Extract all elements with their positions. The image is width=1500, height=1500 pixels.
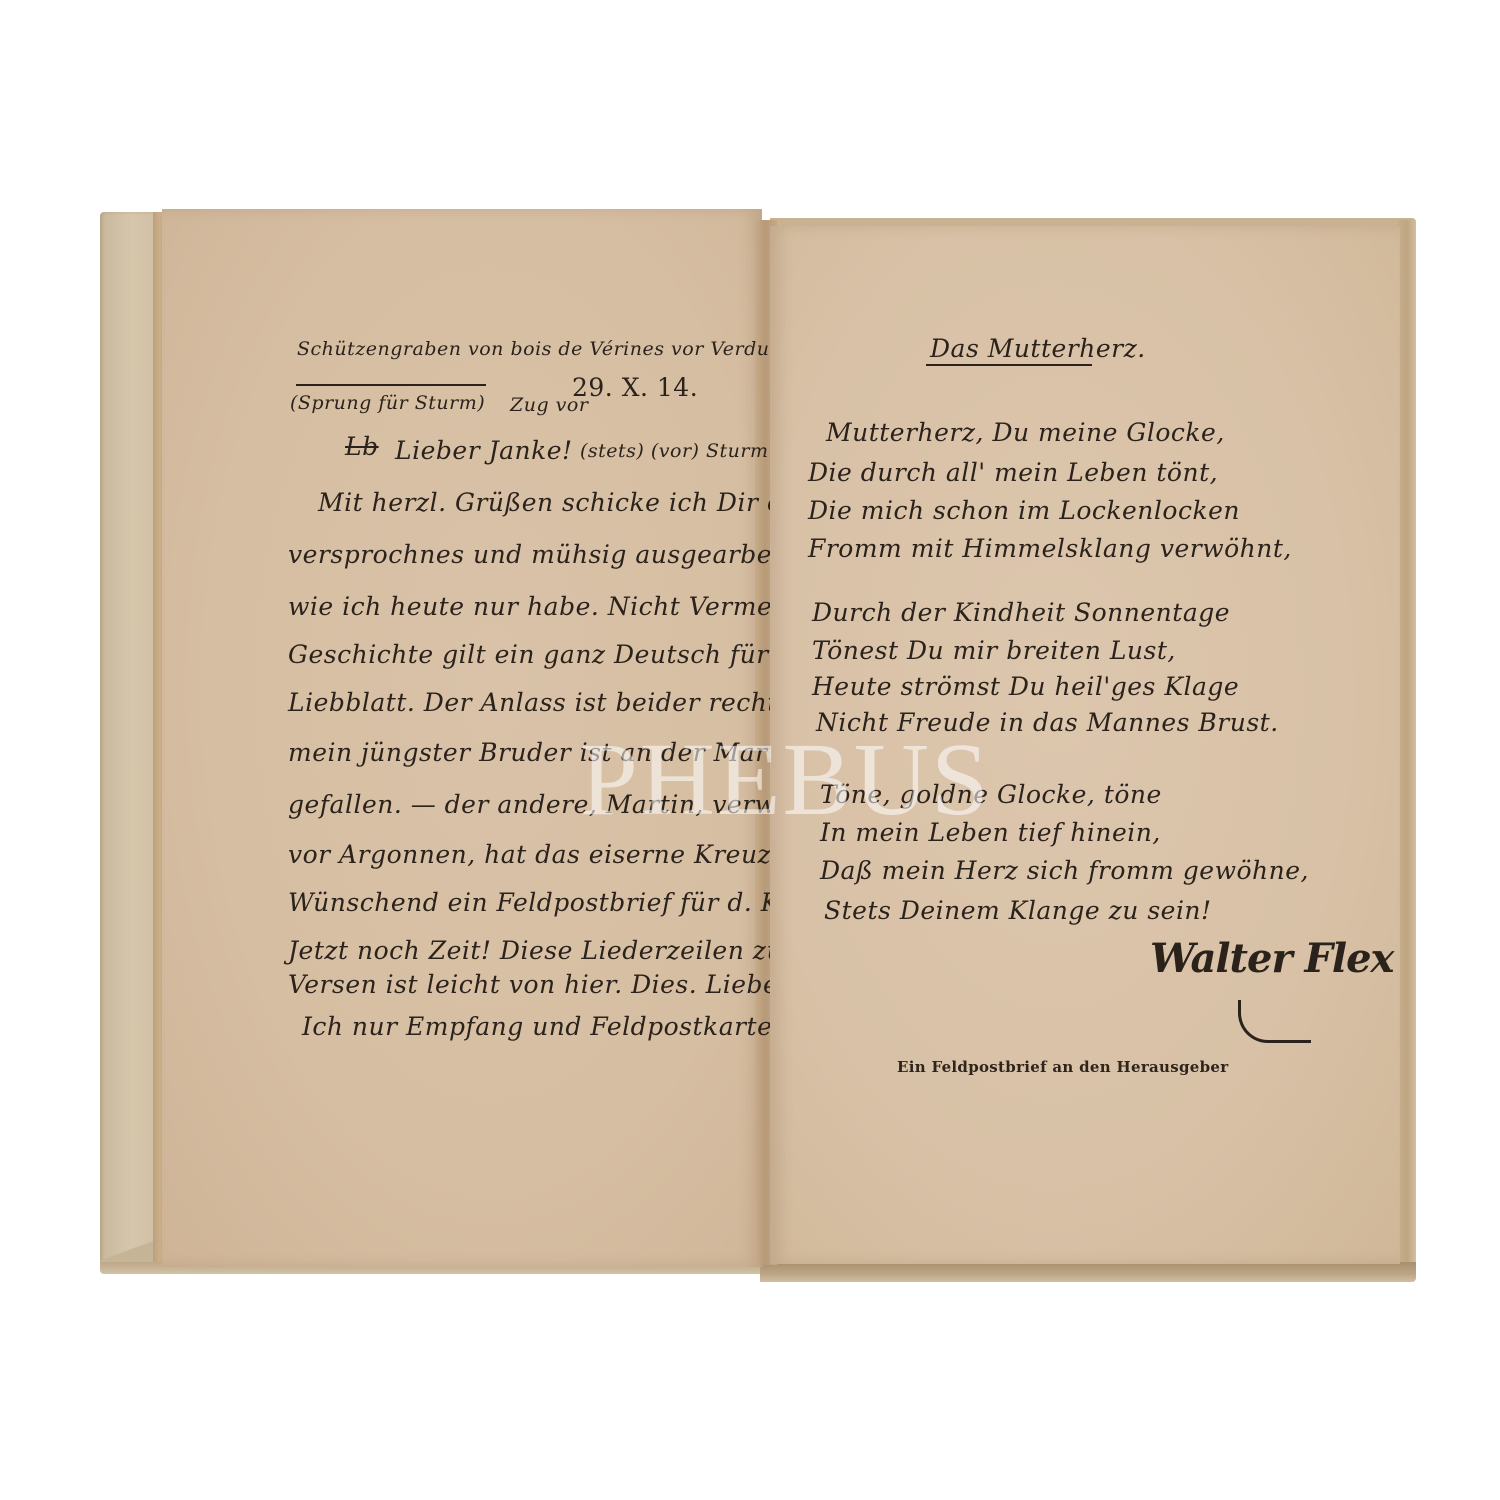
poem-line: Fromm mit Himmelsklang verwöhnt,: [808, 534, 1292, 563]
poem-line: Heute strömst Du heil'ges Klage: [812, 672, 1239, 701]
letter-greeting: Lieber Janke!: [395, 436, 573, 465]
crossed-out-word: Lb: [345, 432, 379, 461]
printed-caption: Ein Feldpostbrief an den Herausgeber: [897, 1058, 1228, 1076]
letter-line: vor Argonnen, hat das eiserne Kreuz.: [288, 840, 780, 869]
letter-line: wie ich heute nur habe. Nicht Vermerk al…: [288, 592, 846, 621]
poem-title-underline: [926, 364, 1092, 366]
photo-stage: Schützengraben von bois de Vérines vor V…: [0, 0, 1500, 1500]
letter-greeting-tail: (stets) (vor) Sturm: [580, 440, 769, 462]
poem-line: Die mich schon im Lockenlocken: [808, 496, 1240, 525]
signature-flourish: [1238, 1000, 1311, 1043]
author-signature: Walter Flex: [1150, 935, 1393, 982]
poem-line: Tönest Du mir breiten Lust,: [812, 636, 1176, 665]
poem-line: Daß mein Herz sich fromm gewöhne,: [820, 856, 1309, 885]
side-note: Zug vor: [510, 394, 588, 416]
poem-line: Die durch all' mein Leben tönt,: [808, 458, 1218, 487]
letter-date: 29. X. 14.: [572, 373, 698, 402]
book-cover-bottom-right: [760, 1262, 1416, 1282]
bracketed-note: (Sprung für Sturm): [290, 392, 485, 414]
letter-line: Ich nur Empfang und Feldpostkarten.: [302, 1012, 797, 1041]
poem-line: Mutterherz, Du meine Glocke,: [826, 418, 1225, 447]
book-cover-fold: [100, 1236, 160, 1264]
poem-line: Durch der Kindheit Sonnentage: [812, 598, 1230, 627]
letter-header-location: Schützengraben von bois de Vérines vor V…: [297, 338, 782, 360]
watermark-logo: PHEBUS: [580, 728, 991, 832]
letter-line: Geschichte gilt ein ganz Deutsch für das: [288, 640, 822, 669]
poem-line: Stets Deinem Klange zu sein!: [824, 896, 1212, 925]
letter-line: Jetzt noch Zeit! Diese Liederzeilen zu d…: [288, 936, 840, 965]
book-cover-right: [1398, 220, 1416, 1266]
bracket-overline: [296, 384, 486, 386]
poem-title: Das Mutterherz.: [930, 334, 1146, 363]
